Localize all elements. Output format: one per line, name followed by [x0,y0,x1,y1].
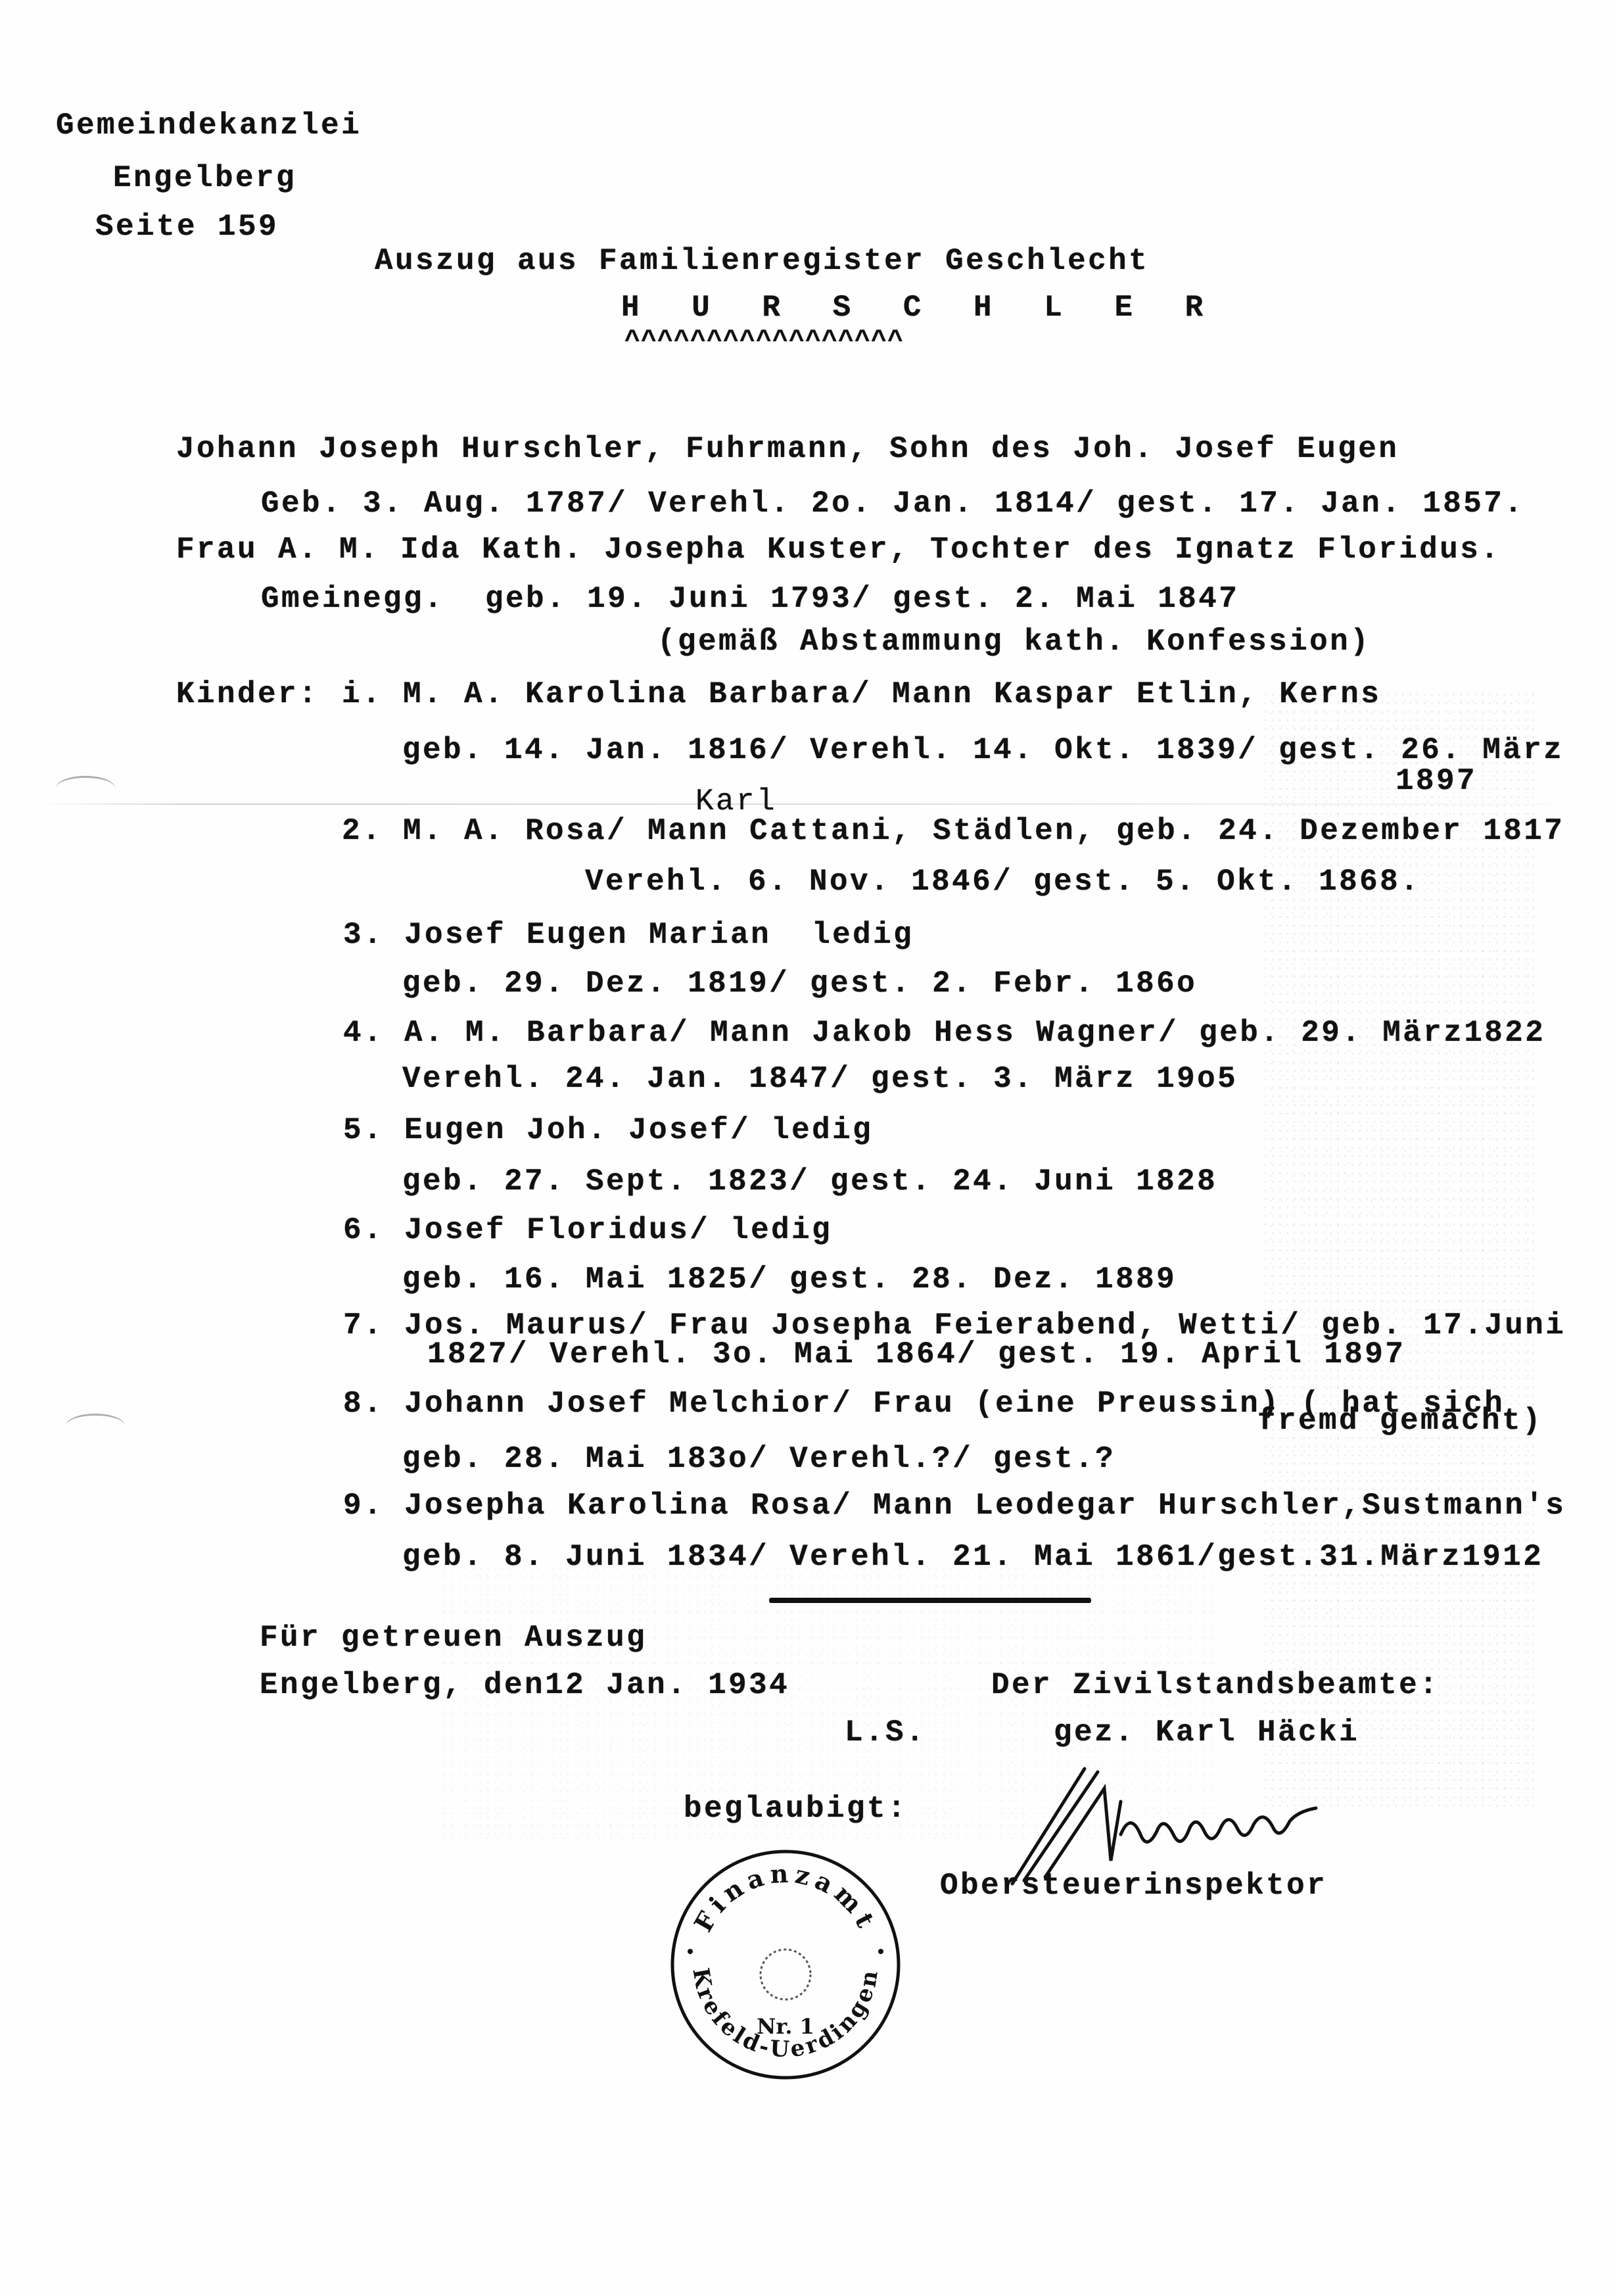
child-1-line-3: 1897 [1395,766,1477,796]
certification-place-date: Engelberg, den12 Jan. 1934 [260,1670,789,1700]
svg-text:Finanzamt: Finanzamt [688,1858,883,1936]
child-1-line-2: geb. 14. Jan. 1816/ Verehl. 14. Okt. 183… [402,735,1564,765]
child-2-line-2: Verehl. 6. Nov. 1846/ gest. 5. Okt. 1868… [585,867,1420,897]
office-name: Gemeindekanzlei [56,110,362,141]
child-3-line-2: geb. 29. Dez. 1819/ gest. 2. Febr. 186o [402,969,1197,999]
family-name-heading: H U R S C H L E R [621,293,1220,323]
page-reference: Seite 159 [95,212,279,242]
child-5-line-2: geb. 27. Sept. 1823/ gest. 24. Juni 1828 [402,1166,1217,1197]
signed-by: gez. Karl Häcki [1054,1717,1359,1748]
child-6-line-2: geb. 16. Mai 1825/ gest. 28. Dez. 1889 [402,1264,1177,1295]
punch-hole-mark-lower [66,1414,125,1438]
stamp-top-text: Finanzamt [688,1858,883,1936]
official-stamp: Finanzamt Krefeld-Uerdingen Nr. 1 [667,1846,904,2083]
child-3-line-1: 3. Josef Eugen Marian ledig [343,920,914,950]
child-8-overlay: fremd gemacht) [1257,1406,1543,1436]
stamp-emblem-placeholder [761,1949,810,1999]
children-label: Kinder: [176,679,319,709]
child-4-line-2: Verehl. 24. Jan. 1847/ gest. 3. März 19o… [402,1064,1238,1094]
official-title: Der Zivilstandsbeamte: [991,1670,1440,1700]
office-place: Engelberg [113,163,296,193]
child-5-line-1: 5. Eugen Joh. Josef/ ledig [343,1115,873,1145]
scan-noise [1262,690,1538,1808]
mother-confession-note: (gemäß Abstammung kath. Konfession) [657,627,1371,657]
father-line-1: Johann Joseph Hurschler, Fuhrmann, Sohn … [176,434,1399,464]
document-title: Auszug aus Familienregister Geschlecht [375,246,1149,276]
section-divider [769,1598,1091,1603]
child-7-line-2: 1827/ Verehl. 3o. Mai 1864/ gest. 19. Ap… [427,1339,1405,1370]
child-7-line-1: 7. Jos. Maurus/ Frau Josepha Feierabend,… [343,1310,1566,1341]
paper-fold-line [39,803,1551,805]
child-1-line-1: i. M. A. Karolina Barbara/ Mann Kaspar E… [342,679,1381,709]
child-6-line-1: 6. Josef Floridus/ ledig [343,1215,832,1245]
child-8-line-2: geb. 28. Mai 183o/ Verehl.?/ gest.? [402,1444,1115,1474]
certification-line: Für getreuen Auszug [260,1623,647,1653]
child-2-insert: Karl [695,786,777,817]
seal-mark: L.S. [845,1717,926,1748]
mother-line-2: Gmeinegg. geb. 19. Juni 1793/ gest. 2. M… [261,584,1239,614]
child-2-line-1: 2. M. A. Rosa/ Mann Cattani, Städlen, ge… [342,816,1564,846]
child-4-line-1: 4. A. M. Barbara/ Mann Jakob Hess Wagner… [343,1018,1545,1048]
family-name-underline: ^^^^^^^^^^^^^^^^^ [624,329,904,355]
child-9-line-2: geb. 8. Juni 1834/ Verehl. 21. Mai 1861/… [402,1542,1543,1572]
father-line-2: Geb. 3. Aug. 1787/ Verehl. 2o. Jan. 1814… [261,489,1524,519]
punch-hole-mark-upper [56,776,115,800]
document-page: Gemeindekanzlei Engelberg Seite 159 Ausz… [0,0,1617,2296]
signer-title: Obersteuerinspektor [940,1871,1327,1901]
child-9-line-1: 9. Josepha Karolina Rosa/ Mann Leodegar … [343,1491,1566,1521]
mother-line-1: Frau A. M. Ida Kath. Josepha Kuster, Toc… [176,535,1501,565]
stamp-center-text: Nr. 1 [757,2014,814,2039]
attestation-label: beglaubigt: [684,1794,908,1824]
